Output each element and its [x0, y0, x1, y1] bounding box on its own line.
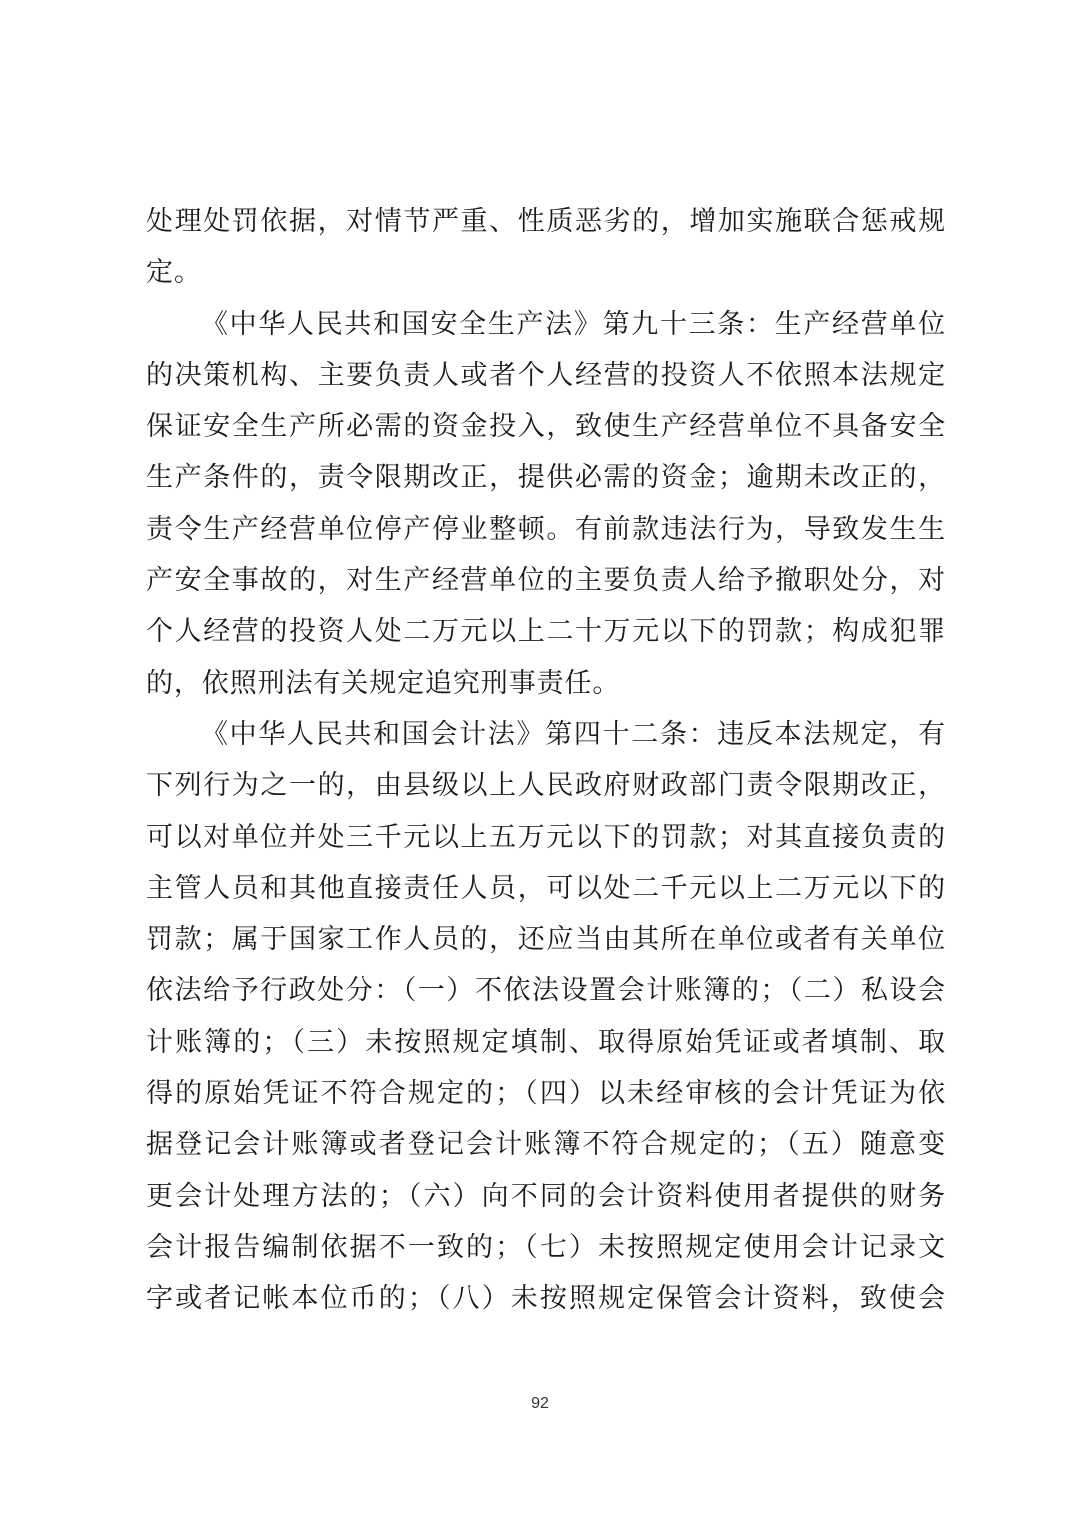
text-line: 下列行为之一的，由县级以上人民政府财政部门责令限期改正，: [146, 760, 946, 811]
text-line: 的决策机构、主要负责人或者个人经营的投资人不依照本法规定: [146, 350, 946, 401]
text-line: 产安全事故的，对生产经营单位的主要负责人给予撤职处分，对: [146, 555, 946, 606]
paragraph-continuation: 处理处罚依据，对情节严重、性质恶劣的，增加实施联合惩戒规 定。: [146, 196, 946, 299]
text-line: 处理处罚依据，对情节严重、性质恶劣的，增加实施联合惩戒规: [146, 196, 946, 247]
text-line: 可以对单位并处三千元以上五万元以下的罚款；对其直接负责的: [146, 812, 946, 863]
document-page: 处理处罚依据，对情节严重、性质恶劣的，增加实施联合惩戒规 定。 《中华人民共和国…: [0, 0, 1080, 1527]
text-line: 保证安全生产所必需的资金投入，致使生产经营单位不具备安全: [146, 401, 946, 452]
text-line: 会计报告编制依据不一致的；（七）未按照规定使用会计记录文: [146, 1222, 946, 1273]
text-line: 主管人员和其他直接责任人员，可以处二千元以上二万元以下的: [146, 863, 946, 914]
text-line: 据登记会计账簿或者登记会计账簿不符合规定的；（五）随意变: [146, 1119, 946, 1170]
body-text: 处理处罚依据，对情节严重、性质恶劣的，增加实施联合惩戒规 定。 《中华人民共和国…: [146, 196, 946, 1325]
text-line: 更会计处理方法的；（六）向不同的会计资料使用者提供的财务: [146, 1171, 946, 1222]
text-line: 的，依照刑法有关规定追究刑事责任。: [146, 658, 946, 709]
text-line: 依法给予行政处分：（一）不依法设置会计账簿的；（二）私设会: [146, 965, 946, 1016]
text-line: 个人经营的投资人处二万元以上二十万元以下的罚款；构成犯罪: [146, 606, 946, 657]
text-line: 定。: [146, 247, 946, 298]
text-line: 字或者记帐本位币的；（八）未按照规定保管会计资料，致使会: [146, 1273, 946, 1324]
page-number: 92: [0, 1395, 1080, 1413]
text-line: 得的原始凭证不符合规定的；（四）以未经审核的会计凭证为依: [146, 1068, 946, 1119]
text-line: 生产条件的，责令限期改正，提供必需的资金；逾期未改正的，: [146, 452, 946, 503]
paragraph-work-safety-law-article-93: 《中华人民共和国安全生产法》第九十三条：生产经营单位 的决策机构、主要负责人或者…: [146, 299, 946, 709]
paragraph-accounting-law-article-42: 《中华人民共和国会计法》第四十二条：违反本法规定，有 下列行为之一的，由县级以上…: [146, 709, 946, 1325]
text-line: 《中华人民共和国安全生产法》第九十三条：生产经营单位: [146, 299, 946, 350]
text-line: 计账簿的；（三）未按照规定填制、取得原始凭证或者填制、取: [146, 1017, 946, 1068]
text-line: 责令生产经营单位停产停业整顿。有前款违法行为，导致发生生: [146, 504, 946, 555]
text-line: 《中华人民共和国会计法》第四十二条：违反本法规定，有: [146, 709, 946, 760]
text-line: 罚款；属于国家工作人员的，还应当由其所在单位或者有关单位: [146, 914, 946, 965]
